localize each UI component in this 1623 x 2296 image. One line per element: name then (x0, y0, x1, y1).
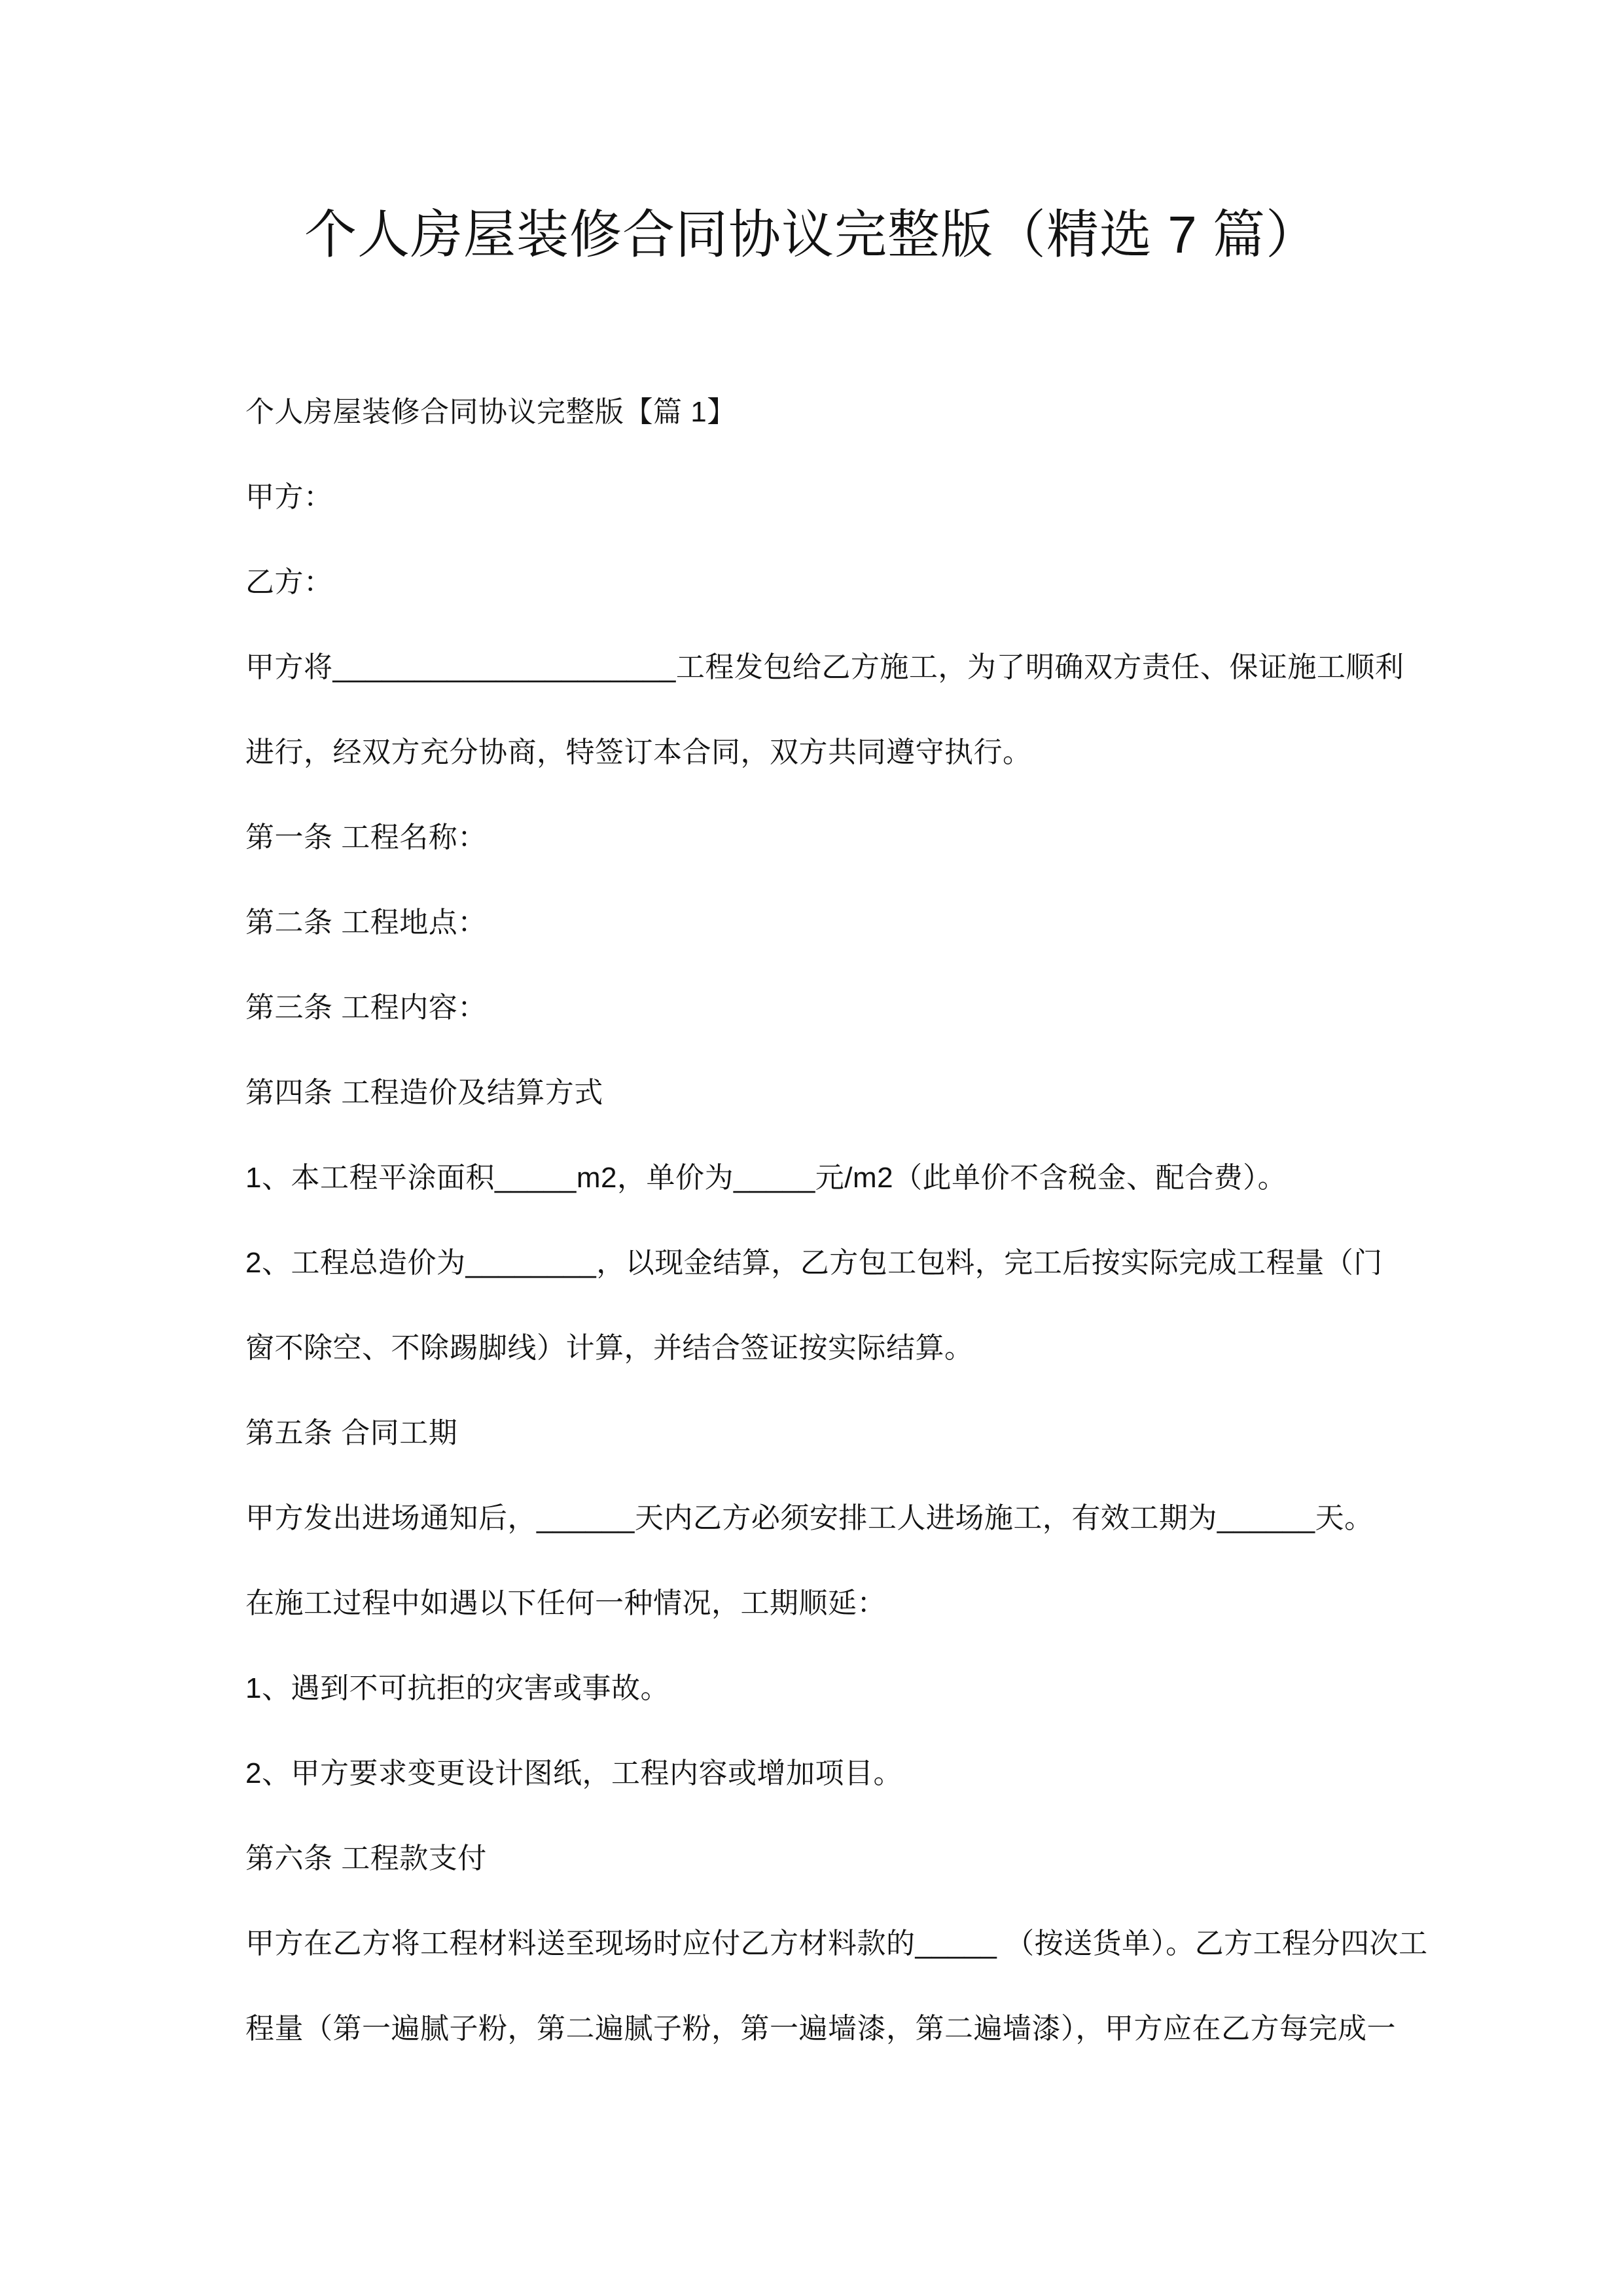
text-line: 乙方： (245, 540, 1381, 625)
text-line: 窗不除空、不除踢脚线）计算，并结合签证按实际结算。 (245, 1306, 1381, 1391)
page-title: 个人房屋装修合同协议完整版（精选 7 篇） (0, 207, 1623, 263)
clause-line: 第二条 工程地点： (245, 880, 1381, 965)
clause-line: 第四条 工程造价及结算方式 (245, 1050, 1381, 1136)
text-line: 2、甲方要求变更设计图纸，工程内容或增加项目。 (245, 1731, 1381, 1816)
contract-page: 个人房屋装修合同协议完整版（精选 7 篇） 个人房屋装修合同协议完整版【篇 1】… (0, 0, 1623, 2296)
text-line: 甲方： (245, 455, 1381, 540)
text-line: 在施工过程中如遇以下任何一种情况，工期顺延： (245, 1561, 1381, 1646)
contract-body: 个人房屋装修合同协议完整版【篇 1】 甲方： 乙方： 甲方将__________… (245, 370, 1381, 2072)
clause-line: 第三条 工程内容： (245, 965, 1381, 1050)
text-line: 进行，经双方充分协商，特签订本合同，双方共同遵守执行。 (245, 710, 1381, 795)
text-line: 程量（第一遍腻子粉，第二遍腻子粉，第一遍墙漆，第二遍墙漆），甲方应在乙方每完成一 (245, 1986, 1381, 2072)
section-heading: 个人房屋装修合同协议完整版【篇 1】 (245, 370, 1381, 455)
text-line: 甲方发出进场通知后，______天内乙方必须安排工人进场施工，有效工期为____… (245, 1476, 1381, 1561)
clause-line: 第一条 工程名称： (245, 795, 1381, 880)
clause-line: 第六条 工程款支付 (245, 1816, 1381, 1901)
text-line: 甲方在乙方将工程材料送至现场时应付乙方材料款的_____ （按送货单）。乙方工程… (245, 1901, 1381, 1986)
text-line: 2、工程总造价为________，以现金结算，乙方包工包料，完工后按实际完成工程… (245, 1221, 1381, 1306)
text-line: 1、遇到不可抗拒的灾害或事故。 (245, 1646, 1381, 1731)
clause-line: 第五条 合同工期 (245, 1391, 1381, 1476)
text-line: 甲方将_____________________工程发包给乙方施工，为了明确双方… (245, 625, 1381, 710)
text-line: 1、本工程平涂面积_____m2，单价为_____元/m2（此单价不含税金、配合… (245, 1136, 1381, 1221)
